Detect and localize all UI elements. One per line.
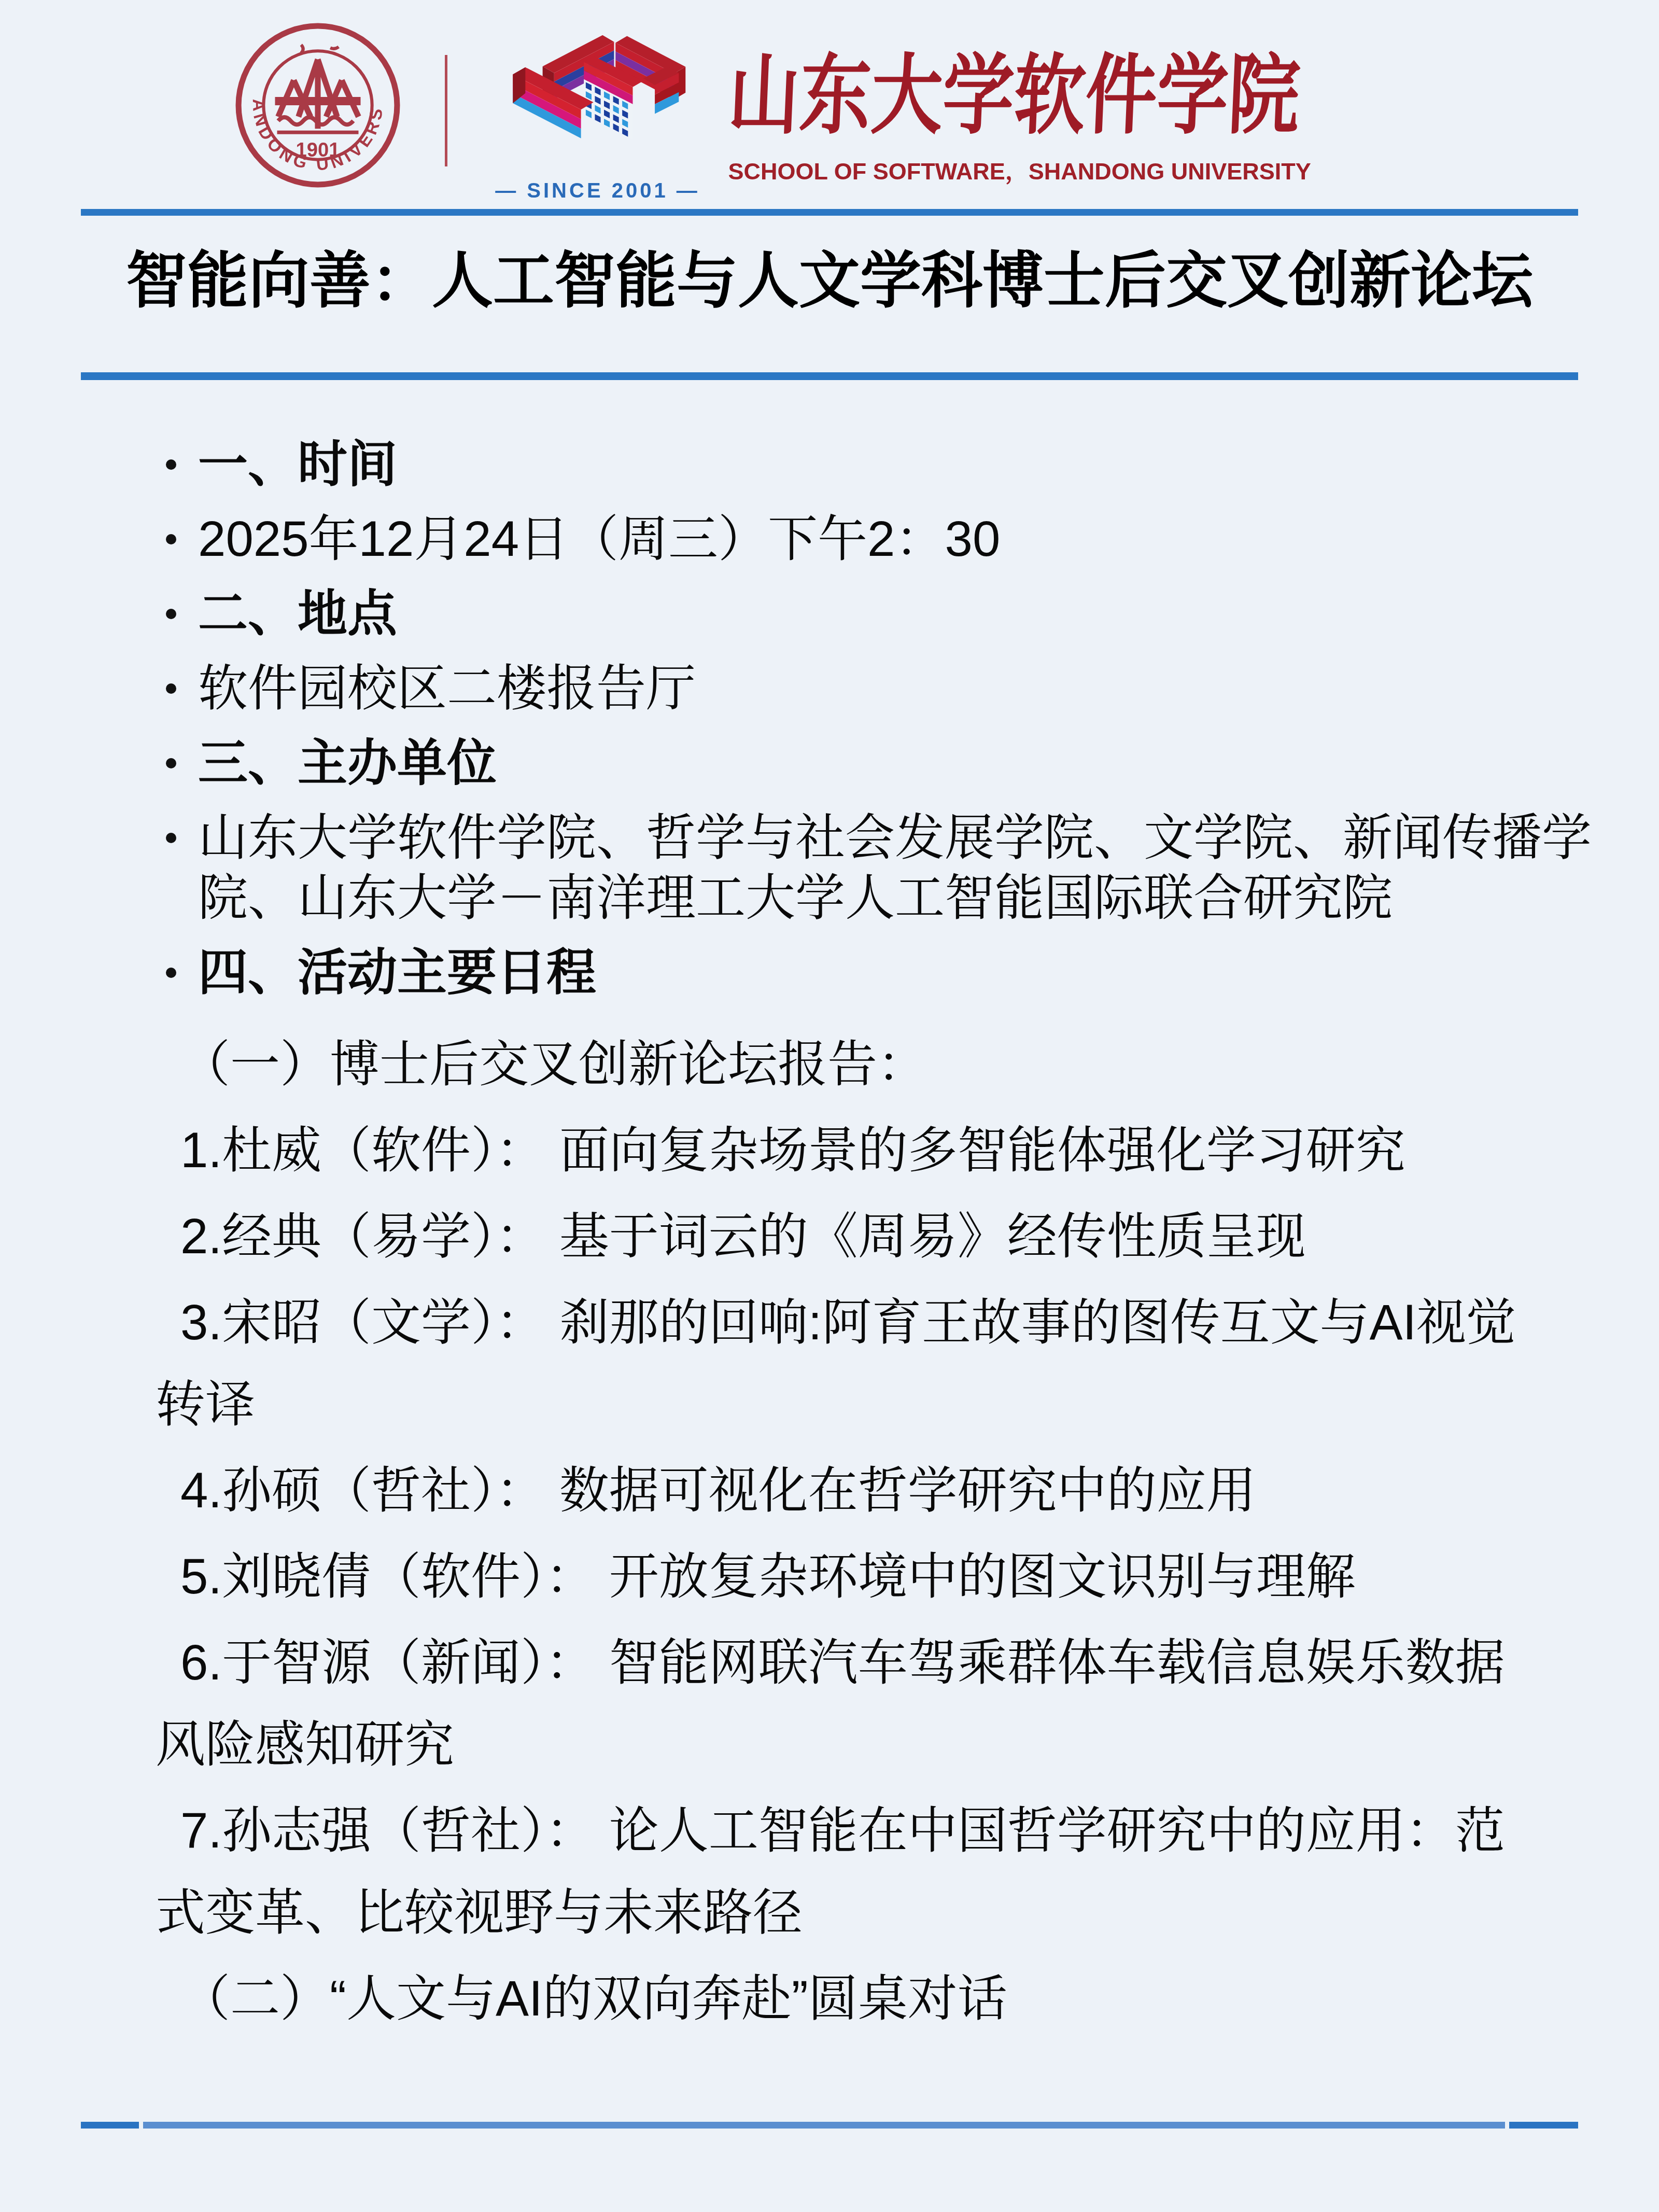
agenda: （一）博士后交叉创新论坛报告： 1.杜威（软件）： 面向复杂场景的多智能体强化学… — [156, 1024, 1586, 2040]
bullet-dot-icon — [166, 833, 176, 843]
agenda-talk-5: 5.刘晓倩（软件）： 开放复杂环境中的图文识别与理解 — [156, 1536, 1586, 1618]
shandong-university-seal-icon: 1901 SHANDONG UNIVERSITY — [234, 22, 401, 189]
hosts-value: 山东大学软件学院、哲学与社会发展学院、文学院、新闻传播学 院、山东大学－南洋理工… — [198, 808, 1592, 928]
bottom-rule-middle — [143, 2122, 1505, 2129]
bullet-dot-icon — [166, 459, 176, 470]
seal-mountain-emblem — [275, 59, 360, 132]
bullet-dot-icon — [166, 968, 176, 978]
title-rule — [81, 372, 1578, 380]
header: 1901 SHANDONG UNIVERSITY — [0, 0, 1659, 209]
location-value: 软件园校区二楼报告厅 — [198, 659, 696, 719]
school-name-block: 山东大学软件学院 SCHOOL OF SOFTWARE，SHANDONG UNI… — [728, 52, 1425, 186]
school-logo-block: — SINCE 2001 — — [485, 21, 711, 203]
software-school-cube-icon — [485, 21, 711, 174]
section-heading-time: 一、时间 — [198, 435, 397, 495]
bullet-dot-icon — [166, 534, 176, 544]
header-divider — [445, 55, 447, 166]
section-heading-hosts: 三、主办单位 — [198, 733, 497, 793]
agenda-talk-6: 6.于智源（新闻）： 智能网联汽车驾乘群体车载信息娱乐数据 风险感知研究 — [156, 1622, 1586, 1786]
top-rule — [81, 209, 1578, 216]
list-item-hosts-value: 山东大学软件学院、哲学与社会发展学院、文学院、新闻传播学 院、山东大学－南洋理工… — [166, 808, 1659, 928]
list-item-section-hosts: 三、主办单位 — [166, 733, 1659, 793]
bottom-rule-right-cap — [1509, 2122, 1578, 2129]
section-heading-schedule: 四、活动主要日程 — [198, 943, 596, 1003]
time-value: 2025年12月24日（周三）下午2：30 — [198, 509, 1000, 569]
list-item-section-time: 一、时间 — [166, 435, 1659, 495]
agenda-talk-3: 3.宋昭（文学）： 刹那的回响:阿育王故事的图传互文与AI视觉 转译 — [156, 1282, 1586, 1446]
bottom-rule-left-cap — [81, 2122, 139, 2129]
bottom-rule — [81, 2122, 1578, 2129]
bullet-dot-icon — [166, 758, 176, 768]
list-item-location-value: 软件园校区二楼报告厅 — [166, 659, 1659, 719]
agenda-talk-7: 7.孙志强（哲社）： 论人工智能在中国哲学研究中的应用：范 式变革、比较视野与未… — [156, 1790, 1586, 1954]
list-item-section-schedule: 四、活动主要日程 — [166, 943, 1659, 1003]
page-title: 智能向善：人工智能与人文学科博士后交叉创新论坛 — [0, 242, 1659, 321]
section-heading-location: 二、地点 — [198, 584, 397, 644]
list-item-time-value: 2025年12月24日（周三）下午2：30 — [166, 509, 1659, 569]
info-list: 一、时间 2025年12月24日（周三）下午2：30 二、地点 软件园校区二楼报… — [166, 435, 1659, 1003]
bullet-dot-icon — [166, 683, 176, 694]
agenda-talk-1: 1.杜威（软件）： 面向复杂场景的多智能体强化学习研究 — [156, 1110, 1586, 1192]
agenda-talk-2: 2.经典（易学）： 基于词云的《周易》经传性质呈现 — [156, 1196, 1586, 1278]
agenda-talk-4: 4.孙硕（哲社）： 数据可视化在哲学研究中的应用 — [156, 1450, 1586, 1532]
announcement-page: 1901 SHANDONG UNIVERSITY — [0, 0, 1659, 2212]
bullet-dot-icon — [166, 609, 176, 619]
school-name-chinese: 山东大学软件学院 — [726, 52, 1301, 139]
list-item-section-location: 二、地点 — [166, 584, 1659, 644]
agenda-part2-heading: （二）“人文与AI的双向奔赴”圆桌对话 — [156, 1958, 1586, 2040]
since-2001-label: — SINCE 2001 — — [495, 179, 700, 203]
agenda-part1-heading: （一）博士后交叉创新论坛报告： — [156, 1024, 1586, 1105]
school-name-english: SCHOOL OF SOFTWARE，SHANDONG UNIVERSITY — [728, 152, 1425, 186]
